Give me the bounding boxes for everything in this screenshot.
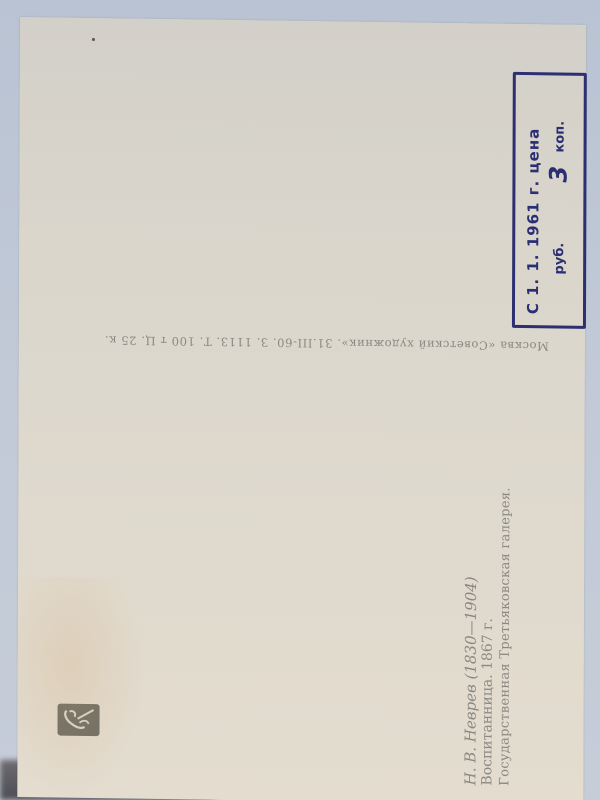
title-line: Воспитанница. 1867 г. <box>479 487 497 786</box>
price-stamp: С 1. 1. 1961 г. цена руб. 3 коп. <box>512 72 587 329</box>
speck <box>92 38 95 41</box>
publisher-imprint: Москва «Советский художник». 31.III-60. … <box>69 333 549 354</box>
collection-line: Государственная Третьяковская галерея. <box>496 487 514 786</box>
stamp-date-text: С 1. 1. 1961 г. цена <box>524 128 543 315</box>
artist-line: Н. В. Неврев (1830—1904) <box>462 487 480 786</box>
stamp-kop-text: коп. <box>553 121 568 153</box>
postcard-back: С 1. 1. 1961 г. цена руб. 3 коп. Москва … <box>17 17 586 800</box>
artwork-caption: Н. В. Неврев (1830—1904) Воспитанница. 1… <box>462 487 514 786</box>
stamp-price-value: 3 <box>544 166 572 183</box>
publisher-logo-icon <box>57 704 99 737</box>
stamp-rub-text: руб. <box>552 243 567 275</box>
